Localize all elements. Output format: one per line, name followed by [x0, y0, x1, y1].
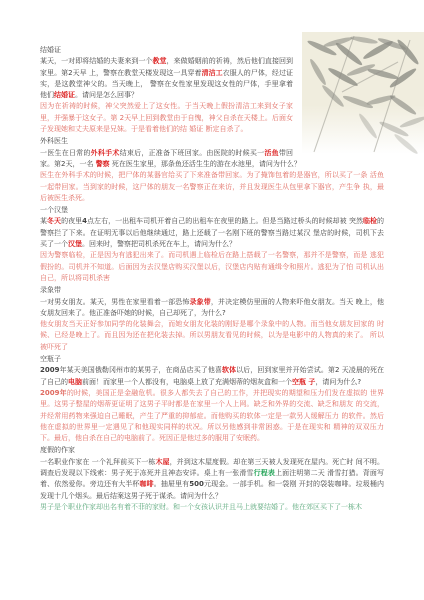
text-run: 木屋 — [155, 458, 169, 466]
puzzle-answer: 2009年的时候，美国正是金融危机。很多人都失去了自己的工作，并把现实的期望和压… — [40, 388, 384, 444]
text-run: 临检 — [363, 217, 377, 225]
puzzle-section: 空瓶子2009年某天美国俄勒冈州市的某男子，在商品店买了他喜软体以后，回到家里并… — [40, 354, 384, 444]
text-run: 空瓶 子 — [292, 378, 315, 386]
text-run: 某 — [40, 217, 47, 225]
text-run: 一对男女朋友。某天，男性在家里看着一部恐怖 — [40, 298, 190, 306]
text-run: 某天，一对即将结婚的夫妻来到一个 — [40, 57, 152, 65]
puzzle-answer: 男子是个职业作家却出名有着不菲的家财。和一个女孩认识并且马上就要结婚了。他在郊区… — [40, 502, 384, 513]
text-run: 的时候，美国正是金融危机。很多人都失去了自己的工作，并把现实的期望和压力们发在虚… — [40, 389, 384, 442]
puzzle-title: 录象带 — [40, 285, 384, 296]
bamboo-ink-image — [302, 32, 424, 154]
text-run: 活鱼 — [264, 149, 278, 157]
text-run: 他女朋友当天正好参加同学的化装舞会，而她女朋友化装的刚好是哪个录象中的人物。而当… — [40, 320, 384, 351]
puzzle-answer: 医生在外科手术的时候，把尸体的某器官给买了下来准备带回家。为了掩饰包着的是器官，… — [40, 170, 384, 204]
puzzle-section: 度假的作家一名职业作家在 一个礼拜前买下一栋木屋，并到这木屋度假。却在第三天被人… — [40, 445, 384, 513]
text-run: 电脑 — [68, 378, 82, 386]
text-run: 结婚证 — [54, 91, 75, 99]
puzzle-title: 空瓶子 — [40, 354, 384, 365]
text-run: 警察 — [96, 160, 110, 168]
puzzle-question: 某冬天的夜里4点左右，一出租车司机开着自己的出租车在夜里的路上。但是当路过桥头的… — [40, 216, 384, 250]
text-run: 外科手术 — [91, 149, 120, 157]
text-run: 死在医生家里，那条鱼还活生生的游在水池里，请问为什么？ — [110, 160, 301, 168]
puzzle-question: 一对男女朋友。某天，男性在家里看着一部恐怖录象带，并决定模仿里面的人物来吓他女朋… — [40, 297, 384, 320]
text-run: 教堂 — [152, 57, 166, 65]
text-run: 年某天美国俄勒冈州市的某男子，在商品店买了他喜 — [59, 366, 221, 374]
puzzle-question: 2009年某天美国俄勒冈州市的某男子，在商品店买了他喜软体以后，回到家里并开始尝… — [40, 365, 384, 388]
puzzle-section: 一个汉堡某冬天的夜里4点左右，一出租车司机开着自己的出租车在夜里的路上。但是当路… — [40, 205, 384, 284]
puzzle-question: 一名职业作家在 一个礼拜前买下一栋木屋，并到这木屋度假。却在第三天被人发现死在屋… — [40, 457, 384, 502]
text-run: 。抽屉里有 — [154, 480, 190, 488]
text-run: 500 — [189, 480, 204, 488]
text-run: 冬天 — [47, 217, 61, 225]
text-run: ，请问为什么? — [315, 378, 361, 386]
text-run: 咖啡 — [140, 480, 154, 488]
text-run: 一医生在日常的 — [40, 149, 91, 157]
document-page: 结婚证某天，一对即将结婚的夫妻来到一个教堂，来做婚姻前的祈祷，然后他们直接回到家… — [0, 0, 424, 513]
puzzle-section: 录象带一对男女朋友。某天，男性在家里看着一部恐怖录象带，并决定模仿里面的人物来吓… — [40, 285, 384, 353]
text-run: 软体 — [222, 366, 236, 374]
text-run: 因为警察临检，正是因为有逃犯出来了。而司机遇上临检后在路上搭载了一名警察，那并不… — [40, 251, 384, 282]
text-run: 医生在外科手术的时候，把尸体的某器官给买了下来准备带回家。为了掩饰包着的是器官，… — [40, 171, 384, 202]
puzzle-title: 一个汉堡 — [40, 205, 384, 216]
text-run: 他们 — [40, 91, 54, 99]
text-run: 一名职业作家在 一个礼拜前买下一栋 — [40, 458, 155, 466]
text-run: 。回来时，警察把司机杀死在车上，请问为什么？ — [82, 240, 236, 248]
text-run: 因为在祈祷的时候，神父突然爱上了这女性。于当天晚上假扮清洁工来到女子家里，并强暴… — [40, 102, 293, 133]
text-run: 2009 — [40, 366, 59, 374]
text-run: 点左右，一出租车司机开着自己的出租车在夜里的路上。但是当路过桥头的时候却被 突然 — [87, 217, 363, 225]
puzzle-title: 度假的作家 — [40, 445, 384, 456]
text-run: 行程表 — [254, 469, 275, 477]
text-run: 。请问是怎么回事？ — [75, 91, 138, 99]
text-run: 男子是个职业作家却出名有着不菲的家财。和一个女孩认识并且马上就要结婚了。他在郊区… — [40, 503, 362, 511]
text-run: 清洁工 — [202, 69, 223, 77]
text-run: 汉堡 — [68, 240, 82, 248]
puzzle-answer: 因为警察临检，正是因为有逃犯出来了。而司机遇上临检后在路上搭载了一名警察，那并不… — [40, 250, 384, 284]
text-run: 前面！而家里一个人都没有，电脑桌上放了充满烟蒂的烟灰盒和一个 — [82, 378, 292, 386]
puzzle-answer: 他女朋友当天正好参加同学的化装舞会，而她女朋友化装的刚好是哪个录象中的人物。而当… — [40, 319, 384, 353]
text-run: 结束后，正准备下班回家。由医院的时候买一 — [120, 149, 265, 157]
text-run: 的夜里 — [61, 217, 82, 225]
text-run: 2009年 — [40, 389, 67, 397]
bamboo-ink-svg — [302, 32, 424, 154]
text-run: 录象带 — [190, 298, 211, 306]
